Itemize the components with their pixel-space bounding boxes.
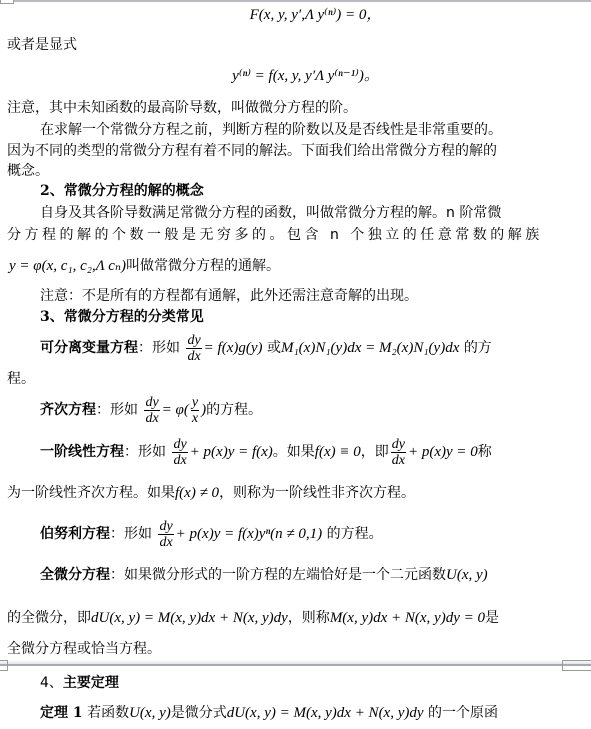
fraction-numerator: y (191, 395, 199, 411)
page-corner-marker-right (562, 660, 591, 671)
exact-label: 全微分方程 (40, 567, 110, 583)
exact-line3: 全微分方程或恰当方程。 (7, 640, 161, 658)
theorem1: 定理 1 若函数U(x, y)是微分式dU(x, y) = M(x, y)dx … (40, 704, 498, 722)
theorem1-text2: 是微分式 (171, 705, 227, 721)
theorem1-math2: dU(x, y) = M(x, y)dx + N(x, y)dy (227, 705, 424, 721)
linear-label: 一阶线性方程 (40, 444, 124, 460)
exact-line1-text: 如果微分形式的一阶方程的左端恰好是一个二元函数 (124, 567, 446, 583)
fraction-numerator: dy (158, 519, 173, 535)
exact-line2-post: 是 (485, 610, 499, 626)
page-break-rule (0, 664, 591, 666)
linear-fraction: dydx (172, 437, 187, 468)
exact-line2-pre: 的全微分，即 (7, 610, 91, 626)
page-top-edge (0, 0, 591, 2)
exact-colon: ： (110, 567, 124, 583)
note-order: 注意，其中未知函数的最高阶导数，叫做微分方程的阶。 (7, 99, 357, 117)
linear-line2-post: ，则称为一阶线性非齐次方程。 (219, 485, 415, 501)
implicit-equation-text: F(x, y, y′,Λ y⁽ⁿ⁾) = 0， (250, 7, 382, 23)
linear-namely: ，即 (361, 444, 389, 460)
separable-fraction: dydx (186, 333, 201, 364)
exact-line2-equation-1: dU(x, y) = M(x, y)dx + N(x, y)dy (91, 610, 288, 626)
homogeneous-label: 齐次方程 (40, 402, 96, 418)
linear-rhs: + p(x)y = f(x) (190, 444, 273, 460)
section2-note: 注意：不是所有的方程都有通解，此外还需注意奇解的出现。 (40, 287, 418, 305)
homogeneous-equation-item: 齐次方程：形如 dydx= φ(yx)的方程。 (40, 392, 262, 428)
bernoulli-form-prefix: 形如 (124, 526, 152, 542)
homogeneous-colon: ： (96, 402, 110, 418)
fraction-numerator: dy (172, 437, 187, 453)
fraction-numerator: dy (391, 437, 406, 453)
implicit-equation: F(x, y, y′,Λ y⁽ⁿ⁾) = 0， (0, 6, 591, 24)
theorem1-text1: 若函数 (87, 705, 129, 721)
page-corner-marker-left (0, 660, 8, 671)
bernoulli-equation-item: 伯努利方程：形如 dydx+ p(x)y = f(x)yⁿ(n ≠ 0,1) 的… (40, 516, 383, 552)
general-solution-formula: y = φ(x, c₁, c₂,Λ cₙ) (9, 258, 126, 274)
exact-line2-equation-2: M(x, y)dx + N(x, y)dy = 0 (330, 610, 485, 626)
homogeneous-form-prefix: 形如 (110, 402, 138, 418)
bernoulli-suffix: 的方程。 (327, 526, 383, 542)
exact-equation-item: 全微分方程：如果微分形式的一阶方程的左端恰好是一个二元函数U(x, y) (40, 566, 488, 584)
linear-if: 。如果 (273, 444, 315, 460)
separable-continuation: 程。 (7, 370, 35, 388)
page-corner-marker (0, 0, 14, 4)
fraction-denominator: dx (144, 411, 159, 426)
explicit-equation: y⁽ⁿ⁾ = f(x, y, y′Λ y⁽ⁿ⁻¹⁾)。 (0, 67, 591, 85)
linear-equation-item: 一阶线性方程：形如 dydx+ p(x)y = f(x)。如果f(x) ≡ 0，… (40, 434, 492, 470)
separable-colon: ： (138, 340, 152, 356)
fraction-denominator: x (191, 411, 199, 426)
explicit-intro: 或者是显式 (7, 36, 77, 54)
theorem1-math1: U(x, y) (129, 705, 171, 721)
fraction-numerator: dy (144, 395, 159, 411)
bernoulli-fraction: dydx (158, 519, 173, 550)
fraction-denominator: dx (391, 453, 406, 468)
linear-suffix: 称 (478, 444, 492, 460)
bernoulli-label: 伯努利方程 (40, 526, 110, 542)
separable-form-prefix: 形如 (152, 340, 180, 356)
linear-colon: ： (124, 444, 138, 460)
linear-form-prefix: 形如 (138, 444, 166, 460)
para-importance-line2: 因为不同的类型的常微分方程有着不同的解法。下面我们给出常微分方程的解的 (7, 142, 497, 160)
section2-line2: 分方程的解的个数一般是无穷多的。包含 n 个独立的任意常数的解族 (7, 226, 543, 244)
separable-alt-equation: M₁(x)N₁(y)dx = M₂(x)N₁(y)dx (281, 340, 459, 356)
section2-heading: 2、常微分方程的解的概念 (40, 182, 204, 200)
general-solution-text: 叫做常微分方程的通解。 (126, 258, 280, 274)
fraction-numerator: dy (186, 333, 201, 349)
homogeneous-rhs-pre: = φ( (162, 402, 189, 418)
section4-heading: 4、主要定理 (40, 674, 119, 692)
separable-rhs: = f(x)g(y) (204, 340, 263, 356)
theorem1-label: 定理 1 (40, 705, 83, 721)
fraction-denominator: dx (186, 349, 201, 364)
separable-suffix: 的方 (464, 340, 492, 356)
linear-line2-pre: 为一阶线性齐次方程。如果 (7, 485, 175, 501)
linear-fraction-2: dydx (391, 437, 406, 468)
homogeneous-suffix: 的方程。 (206, 402, 262, 418)
homogeneous-fraction: dydx (144, 395, 159, 426)
fraction-denominator: dx (158, 535, 173, 550)
section4-number: 4、 (40, 675, 63, 691)
para-importance-line3: 概念。 (7, 162, 49, 180)
linear-line2: 为一阶线性齐次方程。如果f(x) ≠ 0，则称为一阶线性非齐次方程。 (7, 484, 415, 502)
section2-line1: 自身及其各阶导数满足常微分方程的函数，叫做常微分方程的解。n 阶常微 (40, 204, 501, 222)
linear-rhs-2: + p(x)y = 0 (408, 444, 478, 460)
theorem1-text3: 的一个原函 (428, 705, 498, 721)
fraction-denominator: dx (172, 453, 187, 468)
section3-heading: 3、常微分方程的分类常见 (40, 308, 204, 326)
separable-label: 可分离变量方程 (40, 340, 138, 356)
bernoulli-rhs: + p(x)y = f(x)yⁿ(n ≠ 0,1) (176, 526, 322, 542)
explicit-equation-text: y⁽ⁿ⁾ = f(x, y, y′Λ y⁽ⁿ⁻¹⁾)。 (232, 68, 379, 84)
section2-general-solution: y = φ(x, c₁, c₂,Λ cₙ)叫做常微分方程的通解。 (9, 257, 280, 275)
bernoulli-colon: ： (110, 526, 124, 542)
exact-line1-math: U(x, y) (446, 567, 488, 583)
linear-line2-condition: f(x) ≠ 0 (175, 485, 219, 501)
section4-title: 主要定理 (63, 675, 119, 691)
page-break-separator (0, 660, 591, 668)
separable-or: 或 (267, 340, 281, 356)
homogeneous-inner-fraction: yx (191, 395, 199, 426)
linear-condition: f(x) ≡ 0 (315, 444, 361, 460)
separable-equation-item: 可分离变量方程：形如 dydx= f(x)g(y) 或M₁(x)N₁(y)dx … (40, 330, 492, 366)
exact-line2-mid: ，则称 (288, 610, 330, 626)
para-importance-line1: 在求解一个常微分方程之前，判断方程的阶数以及是否线性是非常重要的。 (40, 121, 502, 139)
exact-line2: 的全微分，即dU(x, y) = M(x, y)dx + N(x, y)dy，则… (7, 609, 499, 627)
